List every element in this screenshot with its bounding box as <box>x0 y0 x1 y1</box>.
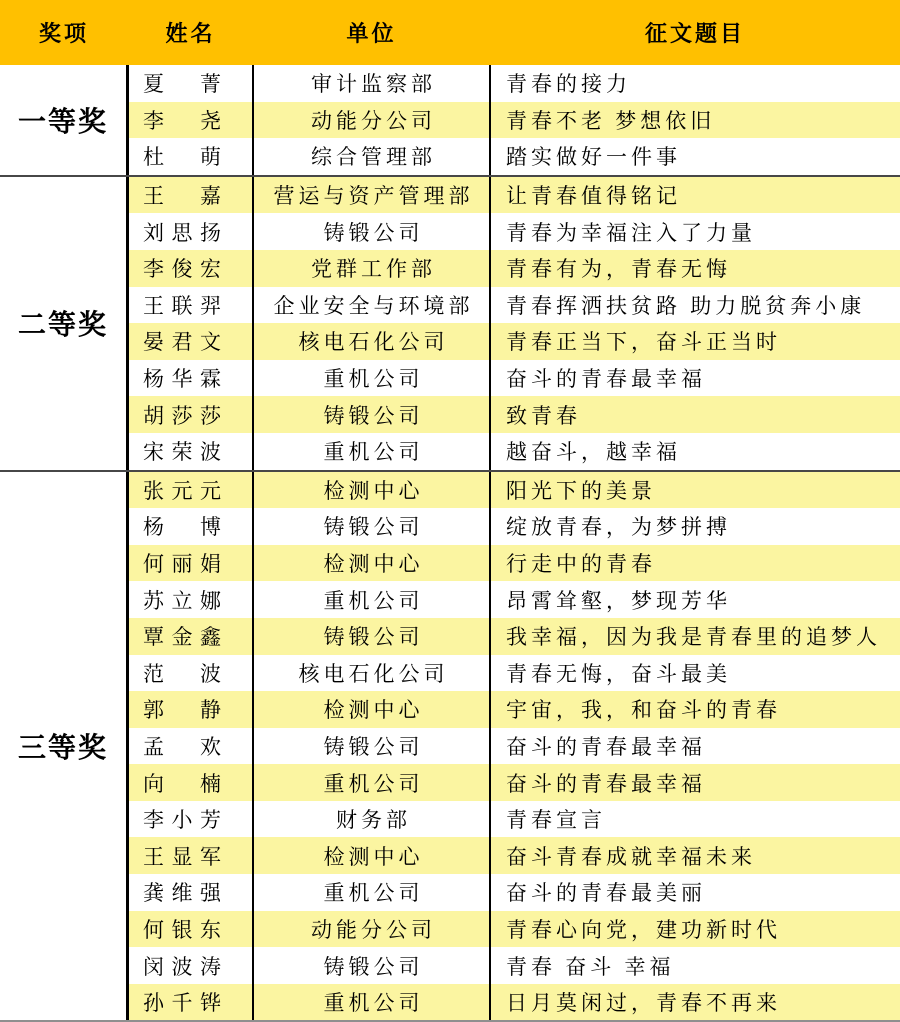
table-row: 向楠重机公司奋斗的青春最幸福 <box>129 764 900 801</box>
essay-title-cell: 奋斗的青春最幸福 <box>491 728 900 765</box>
table-header: 奖项 姓名 单位 征文题目 <box>0 0 900 65</box>
table-row: 孙千铧重机公司日月莫闲过，青春不再来 <box>129 984 900 1021</box>
essay-title-cell: 青春正当下，奋斗正当时 <box>491 323 900 360</box>
header-cell-title: 征文题目 <box>490 17 900 48</box>
unit-cell: 铸锻公司 <box>254 618 491 655</box>
winner-name: 苏立娜 <box>143 585 221 615</box>
unit-cell: 企业安全与环境部 <box>254 287 491 324</box>
unit-cell: 铸锻公司 <box>254 213 491 250</box>
name-cell: 何银东 <box>129 911 254 948</box>
essay-title-cell: 青春无悔，奋斗最美 <box>491 655 900 692</box>
section-rows: 王嘉营运与资产管理部让青春值得铭记刘思扬铸锻公司青春为幸福注入了力量李俊宏党群工… <box>129 177 900 470</box>
table-row: 闵波涛铸锻公司青春 奋斗 幸福 <box>129 947 900 984</box>
winner-name: 李俊宏 <box>143 253 221 283</box>
unit-cell: 核电石化公司 <box>254 323 491 360</box>
winner-name: 夏菁 <box>143 68 221 98</box>
table-row: 张元元检测中心阳光下的美景 <box>129 472 900 509</box>
unit-cell: 检测中心 <box>254 545 491 582</box>
unit-cell: 铸锻公司 <box>254 508 491 545</box>
table-row: 王显军检测中心奋斗青春成就幸福未来 <box>129 837 900 874</box>
unit-cell: 动能分公司 <box>254 911 491 948</box>
section-rows: 夏菁审计监察部青春的接力李尧动能分公司青春不老 梦想依旧杜萌综合管理部踏实做好一… <box>129 65 900 175</box>
essay-title-cell: 致青春 <box>491 396 900 433</box>
section-rows: 张元元检测中心阳光下的美景杨博铸锻公司绽放青春，为梦拼搏何丽娟检测中心行走中的青… <box>129 472 900 1021</box>
winner-name: 宋荣波 <box>143 436 221 466</box>
essay-title-cell: 青春有为，青春无悔 <box>491 250 900 287</box>
table-row: 杨华霖重机公司奋斗的青春最幸福 <box>129 360 900 397</box>
winner-name: 杨华霖 <box>143 363 221 393</box>
winner-name: 王显军 <box>143 841 221 871</box>
name-cell: 孙千铧 <box>129 984 254 1021</box>
name-cell: 李俊宏 <box>129 250 254 287</box>
essay-title-cell: 让青春值得铭记 <box>491 177 900 214</box>
winner-name: 何银东 <box>143 914 221 944</box>
table-row: 晏君文核电石化公司青春正当下，奋斗正当时 <box>129 323 900 360</box>
unit-cell: 重机公司 <box>254 360 491 397</box>
unit-cell: 重机公司 <box>254 874 491 911</box>
name-cell: 李小芳 <box>129 801 254 838</box>
essay-title-cell: 奋斗青春成就幸福未来 <box>491 837 900 874</box>
table-row: 范波核电石化公司青春无悔，奋斗最美 <box>129 655 900 692</box>
essay-title-cell: 奋斗的青春最幸福 <box>491 764 900 801</box>
name-cell: 王联羿 <box>129 287 254 324</box>
header-cell-unit: 单位 <box>253 17 490 48</box>
name-cell: 杜萌 <box>129 138 254 175</box>
essay-title-cell: 青春为幸福注入了力量 <box>491 213 900 250</box>
winner-name: 孟欢 <box>143 731 221 761</box>
essay-title-cell: 青春心向党，建功新时代 <box>491 911 900 948</box>
table-row: 何银东动能分公司青春心向党，建功新时代 <box>129 911 900 948</box>
name-cell: 闵波涛 <box>129 947 254 984</box>
name-cell: 杨华霖 <box>129 360 254 397</box>
winner-name: 闵波涛 <box>143 951 221 981</box>
winner-name: 晏君文 <box>143 326 221 356</box>
table-row: 王联羿企业安全与环境部青春挥洒扶贫路 助力脱贫奔小康 <box>129 287 900 324</box>
unit-cell: 铸锻公司 <box>254 396 491 433</box>
header-cell-award: 奖项 <box>0 17 128 48</box>
name-cell: 王显军 <box>129 837 254 874</box>
essay-title-cell: 青春 奋斗 幸福 <box>491 947 900 984</box>
award-label: 三等奖 <box>0 472 129 1021</box>
table-row: 夏菁审计监察部青春的接力 <box>129 65 900 102</box>
name-cell: 向楠 <box>129 764 254 801</box>
essay-title-cell: 行走中的青春 <box>491 545 900 582</box>
unit-cell: 审计监察部 <box>254 65 491 102</box>
winner-name: 刘思扬 <box>143 217 221 247</box>
unit-cell: 铸锻公司 <box>254 728 491 765</box>
name-cell: 范波 <box>129 655 254 692</box>
table-row: 龚维强重机公司奋斗的青春最美丽 <box>129 874 900 911</box>
unit-cell: 铸锻公司 <box>254 947 491 984</box>
winner-name: 孙千铧 <box>143 987 221 1017</box>
table-row: 刘思扬铸锻公司青春为幸福注入了力量 <box>129 213 900 250</box>
name-cell: 刘思扬 <box>129 213 254 250</box>
name-cell: 覃金鑫 <box>129 618 254 655</box>
essay-title-cell: 奋斗的青春最美丽 <box>491 874 900 911</box>
essay-title-cell: 昂霄耸壑，梦现芳华 <box>491 581 900 618</box>
essay-title-cell: 青春不老 梦想依旧 <box>491 102 900 139</box>
name-cell: 郭静 <box>129 691 254 728</box>
unit-cell: 营运与资产管理部 <box>254 177 491 214</box>
essay-title-cell: 我幸福，因为我是青春里的追梦人 <box>491 618 900 655</box>
award-section-1: 一等奖夏菁审计监察部青春的接力李尧动能分公司青春不老 梦想依旧杜萌综合管理部踏实… <box>0 65 900 175</box>
winner-name: 王嘉 <box>143 180 221 210</box>
unit-cell: 重机公司 <box>254 984 491 1021</box>
winner-name: 范波 <box>143 658 221 688</box>
winner-name: 李小芳 <box>143 804 221 834</box>
table-row: 杜萌综合管理部踏实做好一件事 <box>129 138 900 175</box>
name-cell: 杨博 <box>129 508 254 545</box>
essay-title-cell: 踏实做好一件事 <box>491 138 900 175</box>
winner-name: 向楠 <box>143 768 221 798</box>
winner-name: 郭静 <box>143 694 221 724</box>
name-cell: 孟欢 <box>129 728 254 765</box>
unit-cell: 检测中心 <box>254 472 491 509</box>
name-cell: 王嘉 <box>129 177 254 214</box>
essay-title-cell: 青春的接力 <box>491 65 900 102</box>
table-row: 杨博铸锻公司绽放青春，为梦拼搏 <box>129 508 900 545</box>
name-cell: 夏菁 <box>129 65 254 102</box>
table-row: 苏立娜重机公司昂霄耸壑，梦现芳华 <box>129 581 900 618</box>
winner-name: 王联羿 <box>143 290 221 320</box>
winner-name: 覃金鑫 <box>143 621 221 651</box>
unit-cell: 动能分公司 <box>254 102 491 139</box>
essay-title-cell: 宇宙，我，和奋斗的青春 <box>491 691 900 728</box>
table-row: 覃金鑫铸锻公司我幸福，因为我是青春里的追梦人 <box>129 618 900 655</box>
award-section-3: 三等奖张元元检测中心阳光下的美景杨博铸锻公司绽放青春，为梦拼搏何丽娟检测中心行走… <box>0 470 900 1021</box>
unit-cell: 检测中心 <box>254 691 491 728</box>
winner-name: 胡莎莎 <box>143 400 221 430</box>
winner-name: 张元元 <box>143 475 221 505</box>
award-label: 二等奖 <box>0 177 129 470</box>
name-cell: 苏立娜 <box>129 581 254 618</box>
essay-title-cell: 青春挥洒扶贫路 助力脱贫奔小康 <box>491 287 900 324</box>
unit-cell: 重机公司 <box>254 581 491 618</box>
unit-cell: 财务部 <box>254 801 491 838</box>
winner-name: 杨博 <box>143 511 221 541</box>
award-table-page: 奖项 姓名 单位 征文题目 一等奖夏菁审计监察部青春的接力李尧动能分公司青春不老… <box>0 0 900 1022</box>
winner-name: 李尧 <box>143 105 221 135</box>
essay-title-cell: 日月莫闲过，青春不再来 <box>491 984 900 1021</box>
name-cell: 李尧 <box>129 102 254 139</box>
table-row: 王嘉营运与资产管理部让青春值得铭记 <box>129 177 900 214</box>
winner-name: 何丽娟 <box>143 548 221 578</box>
header-cell-name: 姓名 <box>128 17 253 48</box>
unit-cell: 重机公司 <box>254 433 491 470</box>
unit-cell: 党群工作部 <box>254 250 491 287</box>
unit-cell: 综合管理部 <box>254 138 491 175</box>
table-row: 何丽娟检测中心行走中的青春 <box>129 545 900 582</box>
table-row: 郭静检测中心宇宙，我，和奋斗的青春 <box>129 691 900 728</box>
table-row: 李俊宏党群工作部青春有为，青春无悔 <box>129 250 900 287</box>
table-row: 胡莎莎铸锻公司致青春 <box>129 396 900 433</box>
name-cell: 宋荣波 <box>129 433 254 470</box>
essay-title-cell: 越奋斗，越幸福 <box>491 433 900 470</box>
table-row: 孟欢铸锻公司奋斗的青春最幸福 <box>129 728 900 765</box>
name-cell: 何丽娟 <box>129 545 254 582</box>
award-section-2: 二等奖王嘉营运与资产管理部让青春值得铭记刘思扬铸锻公司青春为幸福注入了力量李俊宏… <box>0 175 900 470</box>
name-cell: 胡莎莎 <box>129 396 254 433</box>
essay-title-cell: 奋斗的青春最幸福 <box>491 360 900 397</box>
unit-cell: 检测中心 <box>254 837 491 874</box>
table-row: 李尧动能分公司青春不老 梦想依旧 <box>129 102 900 139</box>
winner-name: 龚维强 <box>143 877 221 907</box>
name-cell: 龚维强 <box>129 874 254 911</box>
name-cell: 张元元 <box>129 472 254 509</box>
unit-cell: 核电石化公司 <box>254 655 491 692</box>
table-row: 李小芳财务部青春宣言 <box>129 801 900 838</box>
award-label: 一等奖 <box>0 65 129 175</box>
essay-title-cell: 阳光下的美景 <box>491 472 900 509</box>
winner-name: 杜萌 <box>143 141 221 171</box>
essay-title-cell: 青春宣言 <box>491 801 900 838</box>
essay-title-cell: 绽放青春，为梦拼搏 <box>491 508 900 545</box>
table-body: 一等奖夏菁审计监察部青春的接力李尧动能分公司青春不老 梦想依旧杜萌综合管理部踏实… <box>0 65 900 1022</box>
table-row: 宋荣波重机公司越奋斗，越幸福 <box>129 433 900 470</box>
unit-cell: 重机公司 <box>254 764 491 801</box>
name-cell: 晏君文 <box>129 323 254 360</box>
